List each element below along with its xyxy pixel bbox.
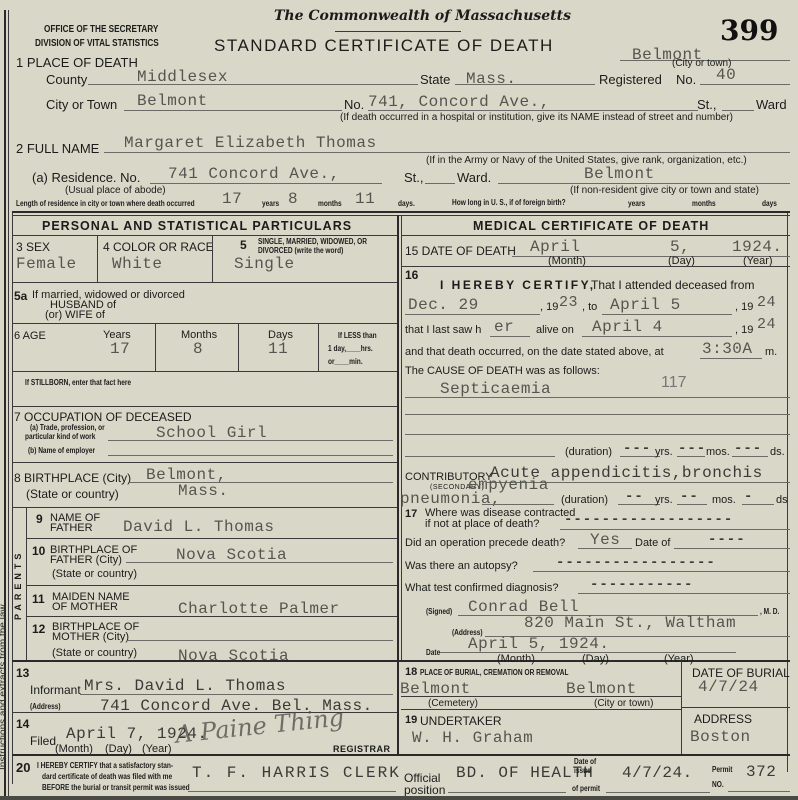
marital-num: 5: [240, 238, 247, 252]
employer-label: (b) Name of employer: [28, 446, 95, 455]
alive-year-prefix: , 19: [735, 324, 753, 336]
informant-address-label: (Address): [30, 702, 61, 711]
mother-bp-label-2: MOTHER (City): [52, 631, 129, 643]
father-label-2: FATHER: [50, 522, 93, 534]
contracted-label-2: if not at place of death?: [425, 518, 539, 530]
father-bp-label-2: FATHER (City): [50, 554, 122, 566]
certify-text: That I attended deceased from: [591, 278, 754, 292]
issue-date-value: 4/7/24.: [622, 764, 693, 782]
medical-section-title: MEDICAL CERTIFICATE OF DEATH: [473, 219, 709, 233]
duration-yrs: ---: [623, 441, 651, 457]
parents-vertical-label: PARENTS: [13, 550, 23, 620]
official-label-2: position: [404, 783, 445, 797]
father-value: David L. Thomas: [123, 518, 275, 536]
contracted-num: 17: [405, 508, 417, 520]
marital-label-1: SINGLE, MARRIED, WIDOWED, OR: [258, 237, 367, 246]
mother-label-2: OF MOTHER: [52, 601, 118, 613]
birthplace-label: 8 BIRTHPLACE (City): [14, 471, 131, 485]
father-bp-value: Nova Scotia: [176, 546, 287, 564]
us-days-label: days: [762, 199, 777, 208]
alive-on-label: alive on: [536, 324, 574, 336]
mother-num: 11: [32, 592, 45, 606]
county-label: County: [46, 72, 87, 87]
cause-value: Septicaemia: [440, 380, 551, 398]
yrs-label: yrs.: [655, 446, 673, 458]
less-label-2: 1 day,____hrs.: [328, 344, 373, 353]
ds-label: ds.: [770, 446, 785, 458]
registered-no-value: 40: [716, 66, 736, 84]
footer-num: 20: [16, 760, 30, 775]
nonresident-note: (If non-resident give city or town and s…: [570, 185, 759, 196]
full-name-value: Margaret Elizabeth Thomas: [124, 134, 377, 152]
time-suffix: m.: [765, 346, 777, 358]
time-of-death: 3:30A: [702, 340, 753, 358]
undertaker-label: UNDERTAKER: [420, 714, 502, 728]
attended-to-year: 24: [757, 294, 776, 311]
cause-label: The CAUSE OF DEATH was as follows:: [405, 365, 600, 377]
date-of-death-month: April: [530, 238, 581, 256]
informant-num: 13: [16, 666, 29, 680]
ds-label-2: ds: [776, 494, 788, 506]
age-label: 6 AGE: [14, 330, 46, 342]
mother-bp-num: 12: [32, 622, 45, 636]
sig-month-label: (Month): [497, 653, 535, 665]
informant-label: Informant: [30, 683, 81, 697]
contracted-value: ------------------: [564, 512, 733, 528]
duration-label: (duration): [565, 446, 612, 458]
age-months: 8: [193, 340, 203, 358]
duration2-mos: --: [680, 489, 699, 505]
color-value: White: [112, 255, 163, 273]
place-of-death-label: 1 PLACE OF DEATH: [16, 55, 138, 70]
burial-city-label: (City or town): [594, 698, 653, 709]
years-label: years: [262, 199, 279, 208]
certify-heading: I HEREBY CERTIFY,: [440, 278, 596, 292]
street-no-label: No.: [344, 97, 364, 112]
undertaker-value: W. H. Graham: [412, 729, 533, 747]
us-residence-label: How long in U. S., if of foreign birth?: [452, 198, 566, 207]
marital-label-2: DIVORCED (write the word): [258, 246, 343, 255]
hospital-note: (If death occurred in a hospital or inst…: [340, 112, 733, 123]
operation-value: Yes: [590, 531, 620, 549]
age-days: 11: [268, 340, 288, 358]
test-value: -----------: [590, 577, 693, 593]
registrar-label: REGISTRAR: [333, 744, 391, 754]
duration-mos: ---: [678, 441, 706, 457]
mos-label-2: mos.: [712, 494, 736, 506]
filed-label: Filed: [30, 734, 56, 748]
date-of-death-day: 5,: [670, 238, 690, 256]
operation-date-label: Date of: [635, 537, 670, 549]
attended-to-date: April 5: [610, 296, 681, 314]
sex-label: 3 SEX: [16, 240, 50, 254]
residence-label: (a) Residence. No.: [32, 170, 140, 185]
permit-value: 372: [746, 763, 776, 781]
mother-bp-state-label: (State or country): [52, 647, 137, 659]
duration2-ds: -: [744, 489, 753, 505]
autopsy-value: -----------------: [556, 555, 716, 571]
attended-from-date: Dec. 29: [408, 296, 479, 314]
address-value: 820 Main St., Waltham: [524, 614, 736, 632]
residence-st-label: St.,: [404, 170, 424, 185]
mos-label: mos.: [706, 446, 730, 458]
title-rule: [335, 31, 461, 32]
occupation-value: School Girl: [156, 424, 267, 442]
length-years: 17: [222, 190, 242, 208]
undertaker-address-label: ADDRESS: [694, 712, 752, 726]
date-sig-label: Date: [426, 648, 440, 657]
footer-certify-1: I HEREBY CERTIFY that a satisfactory sta…: [37, 761, 173, 770]
personal-section-title: PERSONAL AND STATISTICAL PARTICULARS: [42, 219, 352, 233]
registered-no-label: No.: [676, 72, 696, 87]
registered-label: Registered: [599, 72, 662, 87]
sig-year-label: (Year): [664, 653, 694, 665]
certificate-title: STANDARD CERTIFICATE OF DEATH: [214, 36, 554, 56]
birthplace-state: Mass.: [178, 482, 229, 500]
residence-city-value: Belmont: [584, 165, 655, 183]
occurred-label: and that death occurred, on the date sta…: [405, 346, 664, 358]
father-bp-num: 10: [32, 544, 45, 558]
commonwealth-title: The Commonwealth of Massachusetts: [274, 8, 571, 24]
color-label: 4 COLOR OR RACE: [103, 240, 214, 254]
operation-label: Did an operation precede death?: [405, 537, 565, 549]
abode-note: (Usual place of abode): [65, 185, 166, 196]
residence-ward-label: Ward.: [457, 170, 491, 185]
length-of-residence-label: Length of residence in city or town wher…: [16, 199, 195, 208]
date-sig-value: April 5, 1924.: [468, 635, 609, 653]
length-months: 8: [288, 190, 298, 208]
test-label: What test confirmed diagnosis?: [405, 582, 558, 594]
county-value: Middlesex: [137, 68, 228, 86]
to-label: , to: [582, 301, 597, 313]
certify-num: 16: [405, 268, 418, 282]
mother-bp-value: Nova Scotia: [178, 647, 289, 665]
residence-value: 741 Concord Ave.,: [168, 165, 340, 183]
death-certificate: OFFICE OF THE SECRETARY DIVISION OF VITA…: [0, 0, 798, 800]
spouse-label-3: (or) WIFE of: [45, 309, 105, 321]
form-left-border: [12, 212, 13, 784]
last-saw-label: that I last saw h: [405, 324, 481, 336]
occupation-a-1: (a) Trade, profession, or: [30, 423, 105, 432]
autopsy-label: Was there an autopsy?: [405, 560, 518, 572]
occupation-label: 7 OCCUPATION OF DECEASED: [14, 410, 192, 424]
form-right-border: [787, 212, 788, 772]
occupation-a-2: particular kind of work: [25, 432, 95, 441]
cemetery-label: (Cemetery): [428, 698, 478, 709]
margin-instructions: Instructions and extracts from the law: [0, 604, 9, 770]
operation-date-value: ----: [708, 532, 746, 548]
date-of-death-label: 15 DATE OF DEATH: [405, 244, 516, 258]
to-year-prefix: , 19: [735, 301, 753, 313]
street-value: 741, Concord Ave.,: [368, 93, 550, 111]
sig-day-label: (Day): [582, 653, 609, 665]
birthplace-state-label: (State or country): [26, 487, 119, 501]
footer-certify-3: BEFORE the burial or transit permit was …: [42, 783, 190, 792]
from-year-prefix: , 19: [540, 301, 558, 313]
alive-on-date: April 4: [592, 318, 663, 336]
date-of-death-year: 1924.: [732, 238, 783, 256]
state-label: State: [420, 72, 450, 87]
father-bp-state-label: (State or country): [52, 568, 137, 580]
center-divider: [397, 215, 399, 660]
duration-ds: ---: [734, 441, 762, 457]
duration-label-2: (duration): [561, 494, 608, 506]
clerk-value: T. F. HARRIS CLERK: [192, 764, 401, 782]
age-years: 17: [110, 340, 130, 358]
city-label: City or Town: [46, 97, 117, 112]
less-label-1: If LESS than: [338, 331, 377, 340]
signed-label: (Signed): [426, 607, 452, 616]
burial-label: PLACE OF BURIAL, CREMATION OR REMOVAL: [420, 668, 568, 677]
attended-from-year: 23: [559, 294, 578, 311]
months-label: months: [318, 199, 342, 208]
marital-value: Single: [234, 255, 295, 273]
last-saw-pronoun: er: [494, 318, 514, 336]
cause-mark: 117: [661, 374, 687, 392]
yrs-label-2: yrs.: [655, 494, 673, 506]
footer-certify-2: dard certificate of death was filed with…: [42, 772, 172, 781]
father-num: 9: [36, 512, 43, 526]
issue-label-1: Date of: [574, 757, 596, 766]
certificate-number: 399: [720, 14, 778, 47]
md-label: , M. D.: [760, 607, 779, 616]
permit-label-1: Permit: [712, 765, 732, 774]
contributory-value-3: pneumonia,: [400, 490, 501, 508]
office-line-1: OFFICE OF THE SECRETARY: [44, 24, 158, 35]
alive-year: 24: [757, 316, 776, 333]
filed-num: 14: [16, 717, 29, 731]
length-days: 11: [355, 190, 375, 208]
issue-label-3: of permit: [572, 784, 600, 793]
burial-date-value: 4/7/24: [698, 678, 759, 696]
duration2-yrs: --: [625, 489, 644, 505]
stillborn-label: If STILLBORN, enter that fact here: [25, 378, 131, 387]
less-label-3: or____min.: [328, 357, 363, 366]
us-years-label: years: [628, 199, 645, 208]
spouse-num: 5a: [14, 289, 27, 303]
burial-num: 18: [405, 666, 417, 678]
bottom-edge: [0, 796, 798, 800]
undertaker-num: 19: [405, 714, 417, 726]
ward-label: Ward: [756, 97, 787, 112]
days-label: days.: [398, 199, 415, 208]
office-line-2: DIVISION OF VITAL STATISTICS: [35, 38, 159, 49]
permit-label-2: NO.: [712, 780, 724, 789]
issue-label-2: issue: [574, 766, 591, 775]
informant-value: Mrs. David L. Thomas: [84, 677, 286, 695]
st-label: St.,: [697, 97, 717, 112]
sex-value: Female: [16, 255, 77, 273]
full-name-label: 2 FULL NAME: [16, 141, 99, 156]
undertaker-address-value: Boston: [690, 728, 751, 746]
state-value: Mass.: [466, 70, 517, 88]
us-months-label: months: [692, 199, 716, 208]
city-value: Belmont: [137, 92, 208, 110]
